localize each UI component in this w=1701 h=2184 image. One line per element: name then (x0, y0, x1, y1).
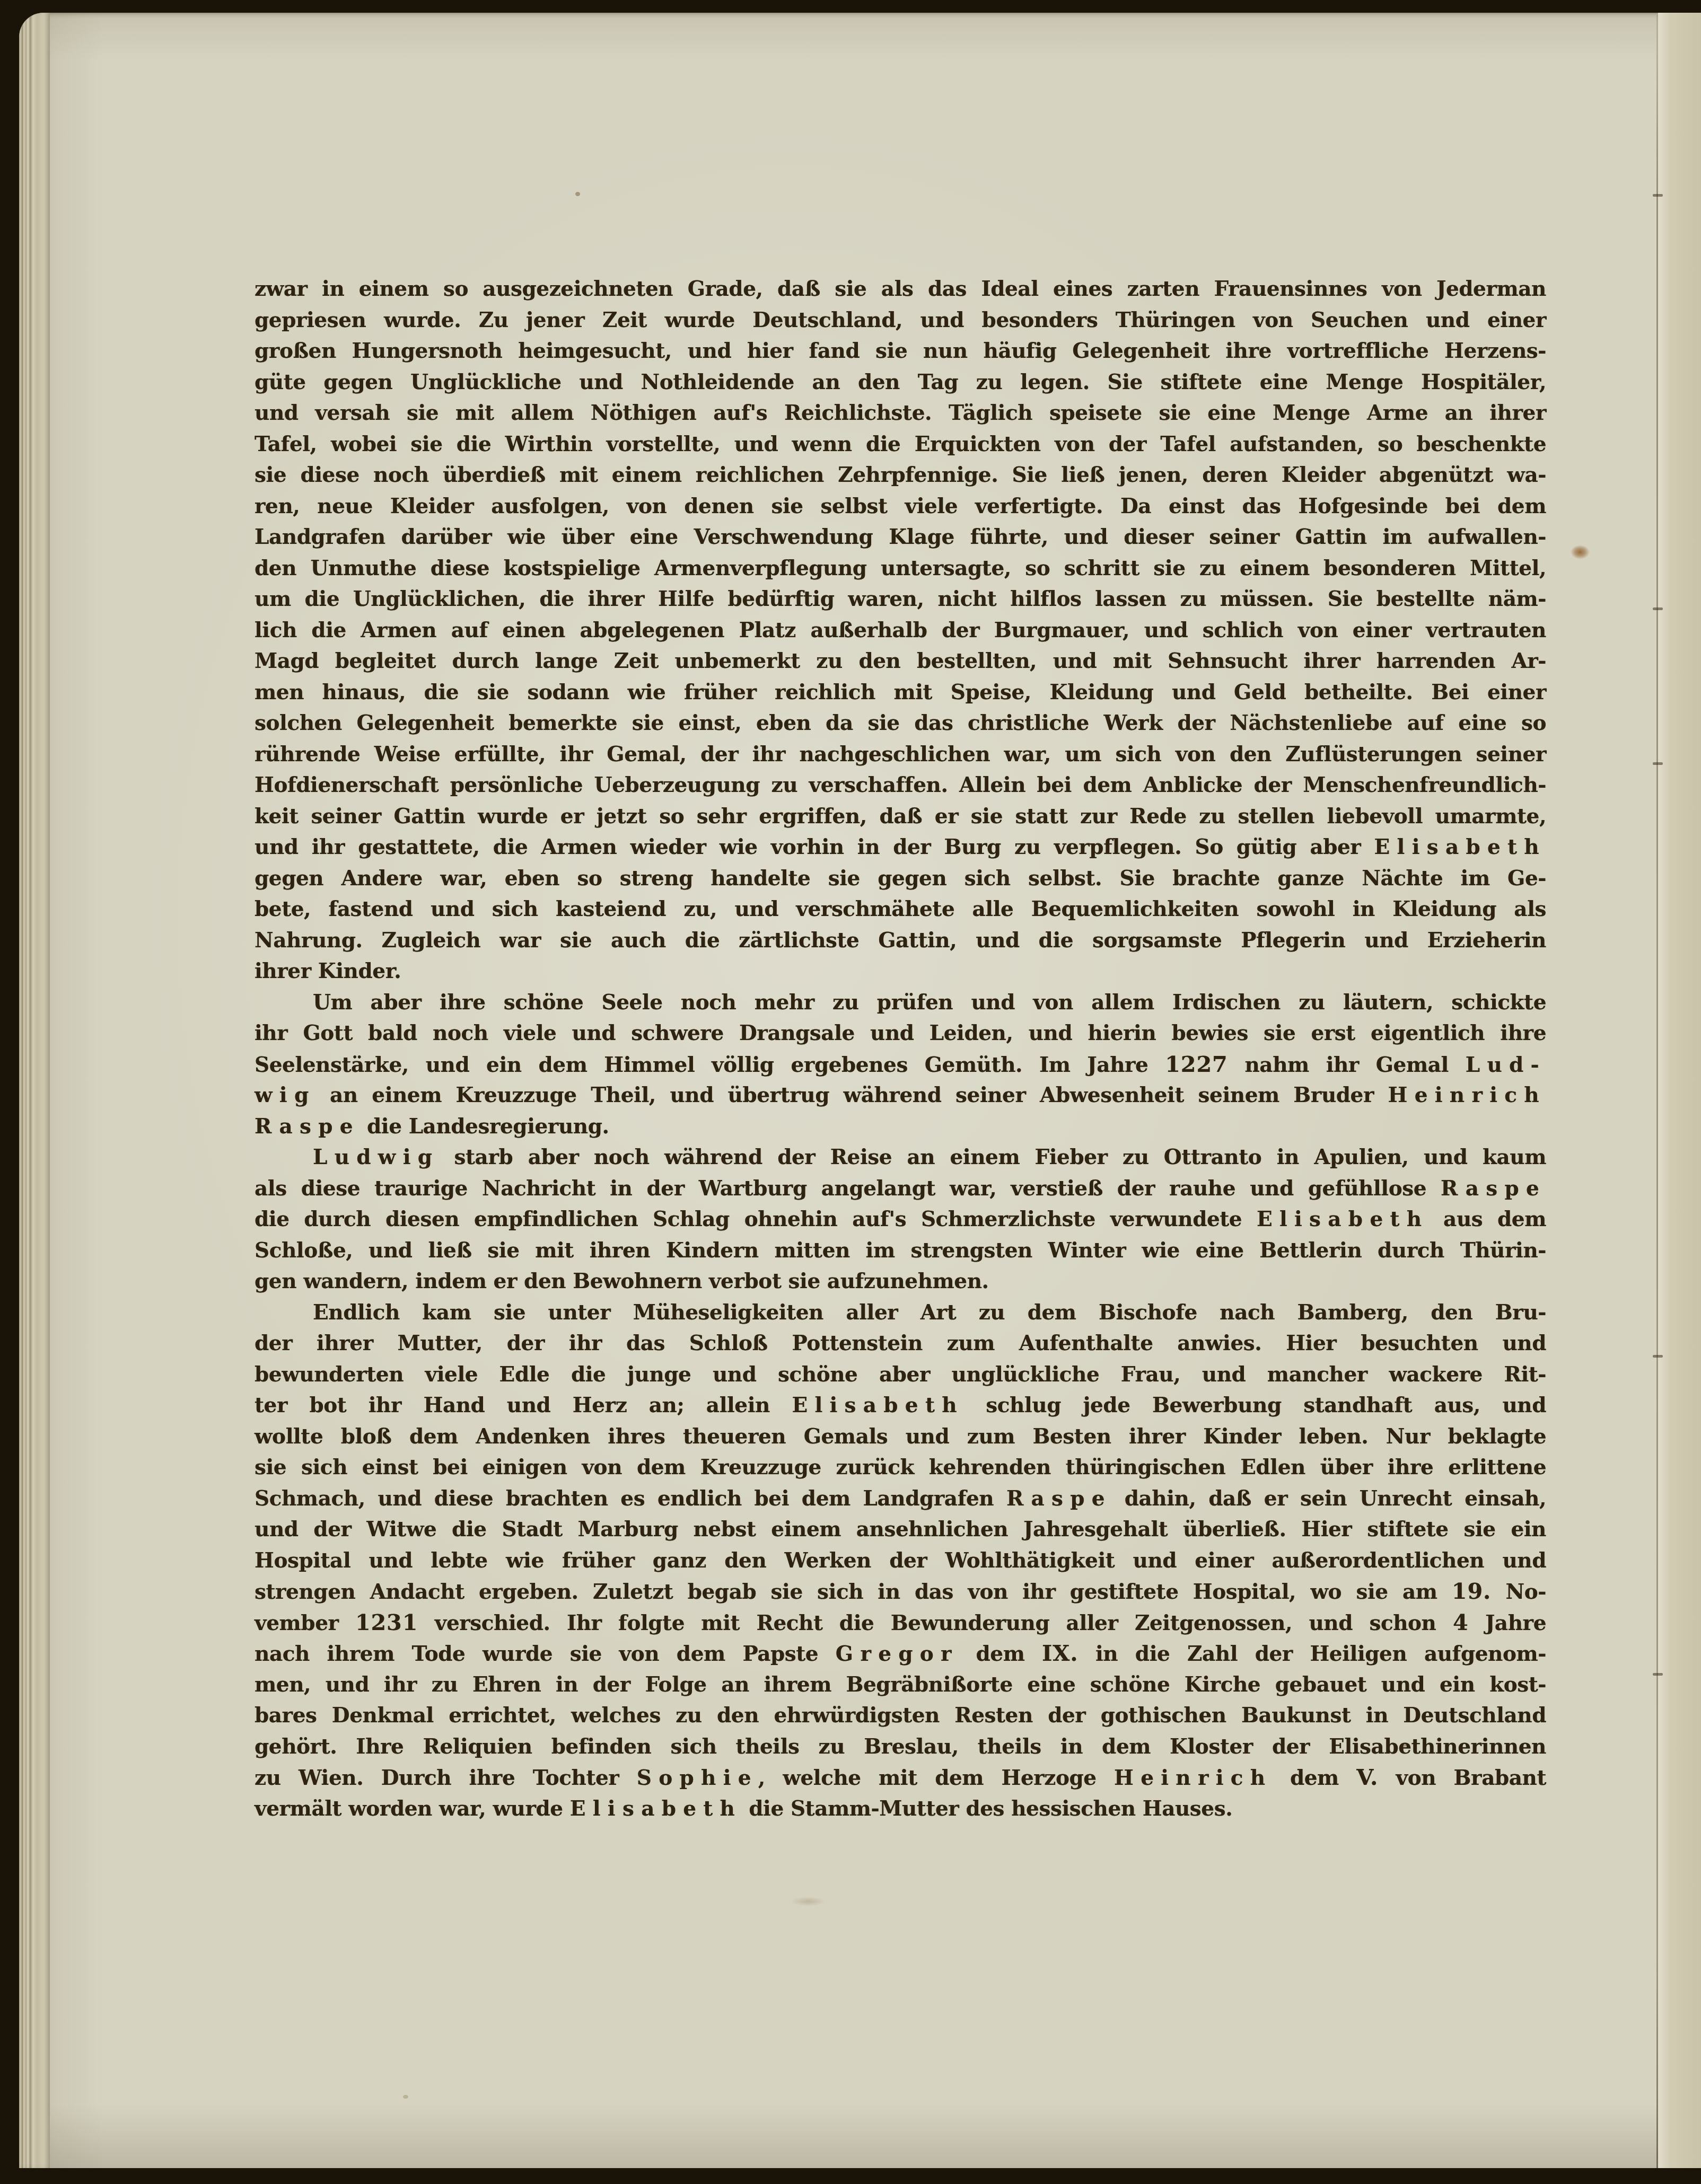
letterspaced-name: Raspe (1441, 1176, 1546, 1201)
body-text: von Brabant (1378, 1766, 1546, 1790)
body-text: Um aber ihre schöne Seele noch mehr zu p… (313, 990, 1546, 1015)
text-line: keit seiner Gattin wurde er jetzt so seh… (255, 801, 1546, 832)
paper-speck (403, 2095, 408, 2099)
body-text: Seelenstärke, und ein dem Himmel völlig … (255, 1053, 1165, 1077)
body-text: Magd begleitet durch lange Zeit unbemerk… (255, 649, 1546, 673)
body-text: gen wandern, indem er den Bewohnern verb… (255, 1269, 989, 1293)
letterspaced-name: Elisabeth (792, 1393, 963, 1417)
binding-stitch-mark (1653, 1355, 1663, 1358)
body-text: wollte bloß dem Andenken ihres theueren … (255, 1424, 1546, 1449)
page-edge-stack (19, 13, 50, 2168)
text-line: ter bot ihr Hand und Herz an; allein Eli… (255, 1390, 1546, 1421)
text-line: bewunderten viele Edle die junge und sch… (255, 1359, 1546, 1390)
binding-stitch-mark (1653, 762, 1663, 765)
body-text: dem (959, 1642, 1042, 1666)
text-line: Magd begleitet durch lange Zeit unbemerk… (255, 646, 1546, 677)
body-text: Landgrafen darüber wie über eine Verschw… (255, 525, 1546, 549)
text-line: bete, fastend und sich kasteiend zu, und… (255, 894, 1546, 925)
text-line: und der Witwe die Stadt Marburg nebst ei… (255, 1514, 1546, 1545)
text-line: die durch diesen empfindlichen Schlag oh… (255, 1204, 1546, 1235)
wormhole-speck (1650, 1011, 1659, 1021)
body-text: um die Unglücklichen, die ihrer Hilfe be… (255, 587, 1546, 611)
text-line: sie sich einst bei einigen von dem Kreuz… (255, 1452, 1546, 1483)
page-text-block: zwar in einem so ausgezeichneten Grade, … (255, 274, 1546, 1824)
text-line: Hofdienerschaft persönliche Ueberzeugung… (255, 770, 1546, 801)
text-line: Ludwig starb aber noch während der Reise… (255, 1142, 1546, 1173)
letterspaced-name: Gregor (836, 1642, 959, 1666)
body-text: lich die Armen auf einen abgelegenen Pla… (255, 618, 1546, 642)
body-text: sie diese noch überdieß mit einem reichl… (255, 463, 1546, 487)
text-line: lich die Armen auf einen abgelegenen Pla… (255, 615, 1546, 646)
text-line: strengen Andacht ergeben. Zuletzt begab … (255, 1576, 1546, 1607)
body-text: dem (1273, 1766, 1357, 1790)
body-text: dahin, daß er sein Unrecht einsah, (1112, 1486, 1546, 1511)
text-line: ihr Gott bald noch viele und schwere Dra… (255, 1018, 1546, 1049)
text-line: als diese traurige Nachricht in der Wart… (255, 1173, 1546, 1204)
body-text: vermält worden war, wurde (255, 1796, 570, 1821)
text-line: nach ihrem Tode wurde sie von dem Papste… (255, 1638, 1546, 1669)
binding-stitch-mark (1653, 194, 1663, 197)
text-line: güte gegen Unglückliche und Nothleidende… (255, 367, 1546, 398)
text-line: der ihrer Mutter, der ihr das Schloß Pot… (255, 1328, 1546, 1359)
body-text: die durch diesen empfindlichen Schlag oh… (255, 1207, 1257, 1231)
text-line: ren, neue Kleider ausfolgen, von denen s… (255, 491, 1546, 522)
text-line: ihrer Kinder. (255, 956, 1546, 987)
letterspaced-name: wig (255, 1083, 315, 1107)
body-text: und versah sie mit allem Nöthigen auf's … (255, 401, 1546, 425)
letterspaced-name: Elisabeth (1257, 1207, 1428, 1231)
body-text: sie sich einst bei einigen von dem Kreuz… (255, 1455, 1546, 1480)
text-line: vember 1231 verschied. Ihr folgte mit Re… (255, 1607, 1546, 1639)
binding-stitch-mark (1653, 607, 1663, 610)
body-text: als diese traurige Nachricht in der Wart… (255, 1176, 1441, 1201)
body-text: in die Zahl der Heiligen aufgenom- (1078, 1642, 1546, 1666)
body-text: großen Hungersnoth heimgesucht, und hier… (255, 339, 1546, 363)
body-text: güte gegen Unglückliche und Nothleidende… (255, 370, 1546, 394)
text-line: solchen Gelegenheit bemerkte sie einst, … (255, 708, 1546, 739)
text-line: rührende Weise erfüllte, ihr Gemal, der … (255, 739, 1546, 770)
text-line: Nahrung. Zugleich war sie auch die zärtl… (255, 925, 1546, 956)
body-text: Tafel, wobei sie die Wirthin vorstellte,… (255, 432, 1546, 456)
text-line: gegen Andere war, eben so streng handelt… (255, 863, 1546, 894)
body-text: solchen Gelegenheit bemerkte sie einst, … (255, 711, 1546, 735)
body-text: Endlich kam sie unter Müheseligkeiten al… (313, 1300, 1546, 1325)
body-text: No- (1491, 1580, 1546, 1604)
body-text: zu Wien. Durch ihre Tochter (255, 1766, 637, 1790)
body-text: ihrer Kinder. (255, 959, 401, 983)
bold-numeral: 1227 (1165, 1051, 1227, 1077)
body-text: gegen Andere war, eben so streng handelt… (255, 866, 1546, 891)
text-line: Raspe die Landesregierung. (255, 1111, 1546, 1142)
text-line: und ihr gestattete, die Armen wieder wie… (255, 832, 1546, 863)
letterspaced-name: Lud- (1466, 1053, 1546, 1077)
letterspaced-name: Raspe (255, 1114, 360, 1139)
body-text: Schloße, und ließ sie mit ihren Kindern … (255, 1238, 1546, 1263)
body-text: und der Witwe die Stadt Marburg nebst ei… (255, 1517, 1546, 1542)
body-text: rührende Weise erfüllte, ihr Gemal, der … (255, 742, 1546, 767)
letterspaced-name: Heinrich (1388, 1083, 1546, 1107)
text-line: zu Wien. Durch ihre Tochter Sophie, welc… (255, 1762, 1546, 1793)
body-text: gepriesen wurde. Zu jener Zeit wurde Deu… (255, 308, 1546, 332)
body-text: an einem Kreuzzuge Theil, und übertrug w… (315, 1083, 1388, 1107)
letterspaced-name: Heinrich (1114, 1766, 1272, 1790)
body-text: bewunderten viele Edle die junge und sch… (255, 1362, 1546, 1387)
body-text: Hospital und lebte wie früher ganz den W… (255, 1548, 1546, 1573)
body-text: verschied. Ihr folgte mit Recht die Bewu… (418, 1611, 1453, 1635)
body-text: gehört. Ihre Reliquien befinden sich the… (255, 1734, 1546, 1759)
text-line: zwar in einem so ausgezeichneten Grade, … (255, 274, 1546, 305)
bold-numeral: V. (1356, 1764, 1378, 1790)
body-text: die Stamm-Mutter des hessischen Hauses. (742, 1796, 1232, 1821)
text-line: gen wandern, indem er den Bewohnern verb… (255, 1266, 1546, 1297)
text-line: und versah sie mit allem Nöthigen auf's … (255, 398, 1546, 429)
text-line: men, und ihr zu Ehren in der Folge an ih… (255, 1669, 1546, 1701)
body-text: nahm ihr Gemal (1228, 1053, 1466, 1077)
body-text: zwar in einem so ausgezeichneten Grade, … (255, 277, 1546, 301)
body-text: ren, neue Kleider ausfolgen, von denen s… (255, 494, 1546, 518)
text-line: Endlich kam sie unter Müheseligkeiten al… (255, 1297, 1546, 1328)
letterspaced-name: Elisabeth (1374, 835, 1546, 859)
text-line: Um aber ihre schöne Seele noch mehr zu p… (255, 987, 1546, 1018)
book-scan: { "page": { "type": "scanned-book-page",… (0, 0, 1701, 2184)
letterspaced-name: Raspe (1006, 1486, 1112, 1511)
text-line: Hospital und lebte wie früher ganz den W… (255, 1545, 1546, 1577)
text-line: großen Hungersnoth heimgesucht, und hier… (255, 336, 1546, 367)
body-text: und ihr gestattete, die Armen wieder wie… (255, 835, 1374, 859)
bold-numeral: 19. (1452, 1578, 1491, 1604)
bold-numeral: IX. (1042, 1640, 1078, 1666)
body-text: schlug jede Bewerbung standhaft aus, und (964, 1393, 1546, 1417)
text-line: um die Unglücklichen, die ihrer Hilfe be… (255, 584, 1546, 615)
paper-smudge (791, 1897, 825, 1906)
text-line: men hinaus, die sie sodann wie früher re… (255, 677, 1546, 708)
body-text: den Unmuthe diese kostspielige Armenverp… (255, 556, 1546, 580)
body-text: der ihrer Mutter, der ihr das Schloß Pot… (255, 1331, 1546, 1355)
binding-stitch-mark (1653, 1673, 1663, 1676)
body-text: men hinaus, die sie sodann wie früher re… (255, 680, 1546, 704)
text-line: wig an einem Kreuzzuge Theil, und übertr… (255, 1080, 1546, 1111)
body-text: die Landesregierung. (360, 1114, 609, 1139)
body-text: vember (255, 1611, 355, 1635)
body-text: Hofdienerschaft persönliche Ueberzeugung… (255, 773, 1546, 797)
body-text: aus dem (1428, 1207, 1546, 1231)
text-line: den Unmuthe diese kostspielige Armenverp… (255, 553, 1546, 584)
body-text: strengen Andacht ergeben. Zuletzt begab … (255, 1580, 1452, 1604)
body-text: Jahre (1469, 1611, 1547, 1635)
body-text: bares Denkmal errichtet, welches zu den … (255, 1703, 1546, 1728)
paper-stain (1571, 545, 1590, 559)
body-text: Nahrung. Zugleich war sie auch die zärtl… (255, 928, 1546, 953)
bold-numeral: 4 (1453, 1609, 1469, 1635)
letterspaced-name: Ludwig (313, 1145, 439, 1169)
body-text: ihr Gott bald noch viele und schwere Dra… (255, 1021, 1546, 1045)
paper-speck (575, 192, 580, 196)
gutter-fold-strip (1658, 13, 1701, 2168)
text-line: sie diese noch überdieß mit einem reichl… (255, 460, 1546, 491)
body-text: nach ihrem Tode wurde sie von dem Papste (255, 1642, 836, 1666)
text-line: wollte bloß dem Andenken ihres theueren … (255, 1421, 1546, 1452)
bold-numeral: 1231 (355, 1609, 418, 1635)
body-text: keit seiner Gattin wurde er jetzt so seh… (255, 804, 1546, 829)
letterspaced-name: Elisabeth (570, 1796, 742, 1821)
letterspaced-name: Sophie (637, 1766, 758, 1790)
text-line: Tafel, wobei sie die Wirthin vorstellte,… (255, 429, 1546, 460)
text-line: Landgrafen darüber wie über eine Verschw… (255, 522, 1546, 553)
body-text: bete, fastend und sich kasteiend zu, und… (255, 897, 1546, 921)
body-text: , welche mit dem Herzoge (758, 1766, 1114, 1790)
text-line: Seelenstärke, und ein dem Himmel völlig … (255, 1049, 1546, 1080)
text-line: gepriesen wurde. Zu jener Zeit wurde Deu… (255, 305, 1546, 336)
text-line: Schmach, und diese brachten es endlich b… (255, 1483, 1546, 1514)
text-line: gehört. Ihre Reliquien befinden sich the… (255, 1731, 1546, 1763)
body-text: men, und ihr zu Ehren in der Folge an ih… (255, 1672, 1546, 1697)
text-line: bares Denkmal errichtet, welches zu den … (255, 1700, 1546, 1731)
text-line: Schloße, und ließ sie mit ihren Kindern … (255, 1235, 1546, 1266)
text-line: vermält worden war, wurde Elisabeth die … (255, 1793, 1546, 1825)
body-text: Schmach, und diese brachten es endlich b… (255, 1486, 1006, 1511)
body-text: ter bot ihr Hand und Herz an; allein (255, 1393, 792, 1417)
body-text: starb aber noch während der Reise an ein… (439, 1145, 1546, 1169)
